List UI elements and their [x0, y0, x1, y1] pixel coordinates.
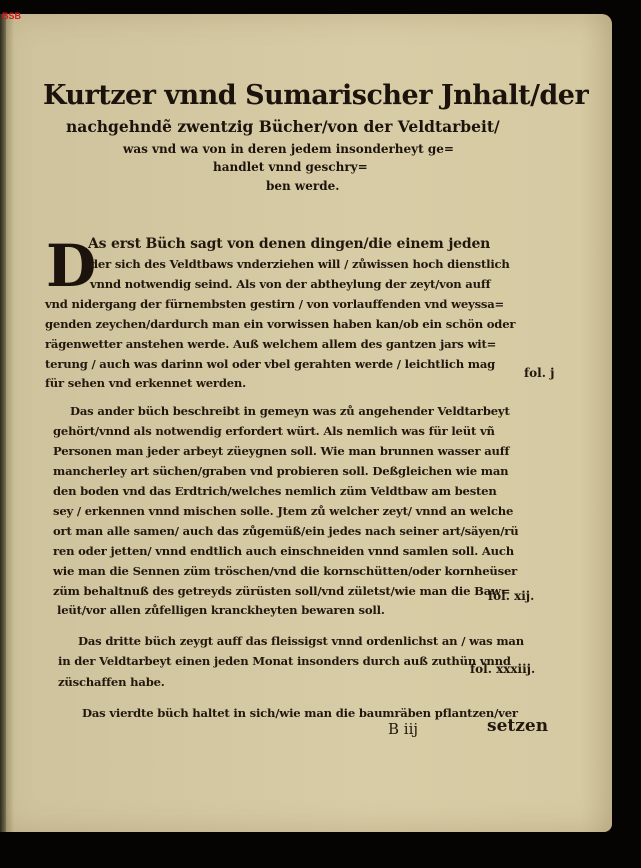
section-3-line: züschaffen habe. — [58, 675, 165, 689]
section-1-line: As erst Büch sagt von denen dingen/die e… — [88, 236, 490, 252]
folio-reference: fol. xij. — [488, 589, 534, 603]
section-2-line: den boden vnd das Erdtrich/welches nemli… — [53, 484, 497, 498]
section-1-line: vnd nidergang der fürnembsten gestirn / … — [45, 297, 504, 311]
title-line-3: was vnd wa von in deren jedem insonderhe… — [123, 142, 454, 156]
signature-mark: B iij — [388, 720, 418, 738]
section-2-line: Personen man jeder arbeyt züeygnen soll.… — [53, 444, 509, 458]
title-line-1: Kurtzer vnnd Sumarischer Jnhalt/der — [43, 80, 543, 111]
folio-reference: fol. xxxiij. — [470, 662, 535, 676]
section-2-line: züm behaltnuß des getreyds zürüsten soll… — [53, 584, 510, 598]
title-line-2: nachgehndẽ zwentzig Bücher/von der Veldt… — [66, 117, 500, 136]
section-1-line: der sich des Veldtbaws vnderziehen will … — [90, 257, 510, 271]
section-2-line: ort man alle samen/ auch das zůgemüß/ein… — [53, 524, 518, 538]
section-2-line: sey / erkennen vnnd mischen solle. Jtem … — [53, 504, 513, 518]
section-1-line: vnnd notwendig seind. Als von der abthey… — [90, 277, 490, 291]
section-2-line: mancherley art süchen/graben vnd probier… — [53, 464, 508, 478]
section-1-line: terung / auch was darinn wol oder vbel g… — [45, 357, 495, 371]
section-2-line: wie man die Sennen züm tröschen/vnd die … — [53, 564, 517, 578]
title-line-5: ben werde. — [266, 179, 339, 193]
section-1-line: für sehen vnd erkennet werden. — [45, 376, 246, 390]
library-watermark: BSB — [2, 11, 21, 21]
section-3-line: in der Veldtarbeyt einen jeden Monat ins… — [58, 654, 511, 668]
section-2-line: leüt/vor allen zůfelligen kranckheyten b… — [57, 603, 385, 617]
section-4-line: Das vierdte büch haltet in sich/wie man … — [82, 706, 518, 720]
drop-capital: D — [46, 238, 90, 294]
section-2-line: ren oder jetten/ vnnd endtlich auch eins… — [53, 544, 514, 558]
section-3-line: Das dritte büch zeygt auff das fleissigs… — [78, 634, 524, 648]
section-1-line: genden zeychen/dardurch man ein vorwisse… — [45, 317, 515, 331]
section-2-line: Das ander büch beschreibt in gemeyn was … — [70, 404, 510, 418]
section-1-line: rägenwetter anstehen werde. Auß welchem … — [45, 337, 496, 351]
section-2-line: gehört/vnnd als notwendig erfordert würt… — [53, 424, 495, 438]
title-line-4: handlet vnnd geschry= — [213, 160, 368, 174]
catchword: setzen — [487, 716, 548, 736]
folio-reference: fol. j — [524, 366, 554, 380]
